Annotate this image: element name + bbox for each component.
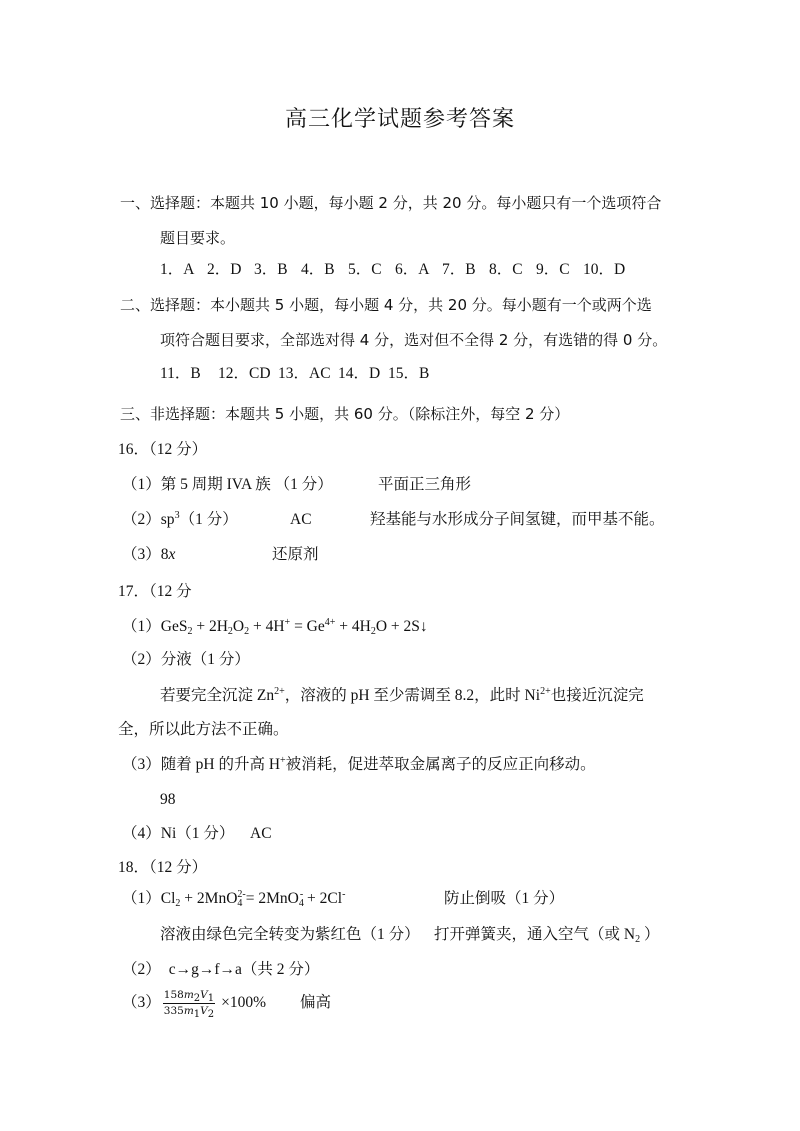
q18-p3-fraction: 158m2V1335m1V2 xyxy=(163,989,215,1018)
var: V xyxy=(200,989,208,1001)
q17-part2: （2）分液（1 分） xyxy=(122,650,250,670)
var: m xyxy=(184,989,194,1001)
section2-answers: 11．B12．CD13．AC14．D15．B xyxy=(160,364,429,384)
q16-p1-answer-a: 第 5 周期 IVA 族 （1 分） xyxy=(161,476,333,493)
q16-p3-answer-b: 还原剂 xyxy=(272,545,319,565)
q17-p2-label: （2） xyxy=(122,651,161,668)
answer-14: 14．D xyxy=(338,364,388,384)
q18-p1-answer-d: 打开弹簧夹，通入空气（或 N2 ） xyxy=(434,925,659,945)
q18-p3-label: （3） xyxy=(122,994,161,1011)
q18-p1-answer-c: 溶液由绿色完全转变为紫红色（1 分） xyxy=(160,925,420,945)
q17-p2-answer: 分液（1 分） xyxy=(161,651,250,668)
answer-4: 4．B xyxy=(301,260,348,280)
answer-5: 5．C xyxy=(348,260,395,280)
section2-heading-line2: 项符合题目要求，全部选对得 4 分，选对但不全得 2 分，有选错的得 0 分。 xyxy=(160,330,667,350)
eq-sup: - xyxy=(342,889,345,900)
section2-heading-line1: 二、选择题：本小题共 5 小题，每小题 4 分，共 20 分。每小题有一个或两个… xyxy=(120,295,652,315)
q18-p3-answer-b: 偏高 xyxy=(300,993,331,1013)
answer-1: 1．A xyxy=(160,260,207,280)
eq-sup: 4+ xyxy=(325,617,336,628)
eq-part: + 4H xyxy=(335,618,370,635)
answer-7: 7．B xyxy=(442,260,489,280)
q18-p1-answer-b: 防止倒吸（1 分） xyxy=(444,889,564,909)
q16-part2: （2）sp3（1 分） xyxy=(122,510,238,530)
answer-2: 2．D xyxy=(207,260,254,280)
eq-part: + 4H xyxy=(249,618,284,635)
q18-p1-equation: Cl2 + 2MnO42-= 2MnO4- + 2Cl- xyxy=(161,890,346,907)
text-part: 打开弹簧夹，通入空气（或 N xyxy=(434,926,635,943)
eq-part: + 2MnO xyxy=(180,890,237,907)
q16-p2-label: （2） xyxy=(122,511,161,528)
q16-p1-answer-b: 平面正三角形 xyxy=(378,475,471,495)
text-part: 被消耗，促进萃取金属离子的反应正向移动。 xyxy=(286,756,596,773)
section1-heading-line2: 题目要求。 xyxy=(160,228,235,248)
eq-part: O + 2S↓ xyxy=(376,618,428,635)
q16-header: 16．（12 分） xyxy=(118,440,207,460)
eq-part: + 2H xyxy=(192,618,227,635)
answer-3: 3．B xyxy=(254,260,301,280)
text-part: 若要完全沉淀 Zn xyxy=(160,687,274,704)
q18-p3-times-100: ×100% xyxy=(221,994,266,1011)
section1-heading-line1: 一、选择题：本题共 10 小题，每小题 2 分，共 20 分。每小题只有一个选项… xyxy=(120,193,661,213)
q16-p3-var: x xyxy=(169,546,176,563)
q17-p1-equation: GeS2 + 2H2O2 + 4H+ = Ge4+ + 4H2O + 2S↓ xyxy=(161,618,428,635)
text-part: 也接近沉淀完 xyxy=(551,687,644,704)
q18-header: 18．（12 分） xyxy=(118,858,207,878)
q17-p3-label: （3） xyxy=(122,756,161,773)
q18-part3: （3）158m2V1335m1V2×100% xyxy=(122,989,266,1018)
section3-heading: 三、非选择题：本题共 5 小题，共 60 分。（除标注外，每空 2 分） xyxy=(120,404,569,424)
q16-part1: （1）第 5 周期 IVA 族 （1 分） xyxy=(122,475,333,495)
fraction-numerator: 158m2V1 xyxy=(163,989,215,1004)
eq-part: = Ge xyxy=(290,618,325,635)
q18-part2: （2）c→g→f→a（共 2 分） xyxy=(122,960,319,980)
answer-15: 15．B xyxy=(388,364,429,384)
eq-part: Cl xyxy=(161,890,176,907)
q16-p3-coef: 8 xyxy=(161,546,169,563)
q17-part4: （4）Ni（1 分） xyxy=(122,824,234,844)
q18-p2-label: （2） xyxy=(122,961,161,978)
eq-part: O xyxy=(233,618,244,635)
q17-p1-label: （1） xyxy=(122,618,161,635)
var: m xyxy=(184,1005,194,1017)
q16-part3: （3）8x xyxy=(122,545,175,565)
q16-p2-hybrid: sp xyxy=(161,511,175,528)
fraction-denominator: 335m1V2 xyxy=(164,1004,214,1018)
q16-p3-label: （3） xyxy=(122,546,161,563)
text-part: ，溶液的 pH 至少需调至 8.2，此时 Ni xyxy=(285,687,540,704)
q17-p3-answer-b: 98 xyxy=(160,790,176,810)
coef: 335 xyxy=(164,1005,184,1017)
eq-part: = 2MnO xyxy=(246,890,299,907)
var-sub: 2 xyxy=(208,1009,214,1020)
q16-p2-answer-c: 羟基能与水形成分子间氢键，而甲基不能。 xyxy=(370,510,665,530)
q16-p2-answer-b: AC xyxy=(290,510,312,530)
eq-part: GeS xyxy=(161,618,188,635)
q17-p2-explanation-line1: 若要完全沉淀 Zn2+，溶液的 pH 至少需调至 8.2，此时 Ni2+也接近沉… xyxy=(160,686,644,706)
q17-p4-answer-a: Ni（1 分） xyxy=(161,825,235,842)
q17-p4-answer-b: AC xyxy=(250,824,272,844)
q16-p1-label: （1） xyxy=(122,476,161,493)
text-part: 随着 pH 的升高 H xyxy=(161,756,280,773)
q18-p2-answer: c→g→f→a（共 2 分） xyxy=(169,961,320,978)
answer-11: 11．B xyxy=(160,364,218,384)
page-title: 高三化学试题参考答案 xyxy=(0,106,800,134)
q17-part1: （1）GeS2 + 2H2O2 + 4H+ = Ge4+ + 4H2O + 2S… xyxy=(122,617,428,637)
q17-p4-label: （4） xyxy=(122,825,161,842)
section1-answers: 1．A2．D3．B4．B5．C6．A7．B8．C9．C10．D xyxy=(160,260,625,280)
q18-part1: （1）Cl2 + 2MnO42-= 2MnO4- + 2Cl- xyxy=(122,889,345,909)
answer-13: 13．AC xyxy=(278,364,338,384)
answer-10: 10．D xyxy=(583,260,625,280)
answer-6: 6．A xyxy=(395,260,442,280)
ion-charge-sup: 2+ xyxy=(540,686,551,697)
q17-part3: （3）随着 pH 的升高 H+被消耗，促进萃取金属离子的反应正向移动。 xyxy=(122,755,596,775)
eq-part: + 2Cl xyxy=(303,890,342,907)
q16-p2-points: （1 分） xyxy=(180,511,238,528)
var: V xyxy=(200,1005,208,1017)
var-sub: 1 xyxy=(208,993,214,1004)
q17-header: 17．（12 分 xyxy=(118,582,192,602)
answer-12: 12．CD xyxy=(218,364,278,384)
q17-p2-explanation-line2: 全，所以此方法不正确。 xyxy=(118,720,289,740)
eq-sup: 2- xyxy=(237,889,245,900)
answer-8: 8．C xyxy=(489,260,536,280)
text-part: ） xyxy=(640,926,659,943)
coef: 158 xyxy=(164,989,184,1001)
answer-9: 9．C xyxy=(536,260,583,280)
ion-charge-sup: 2+ xyxy=(274,686,285,697)
q18-p1-label: （1） xyxy=(122,890,161,907)
